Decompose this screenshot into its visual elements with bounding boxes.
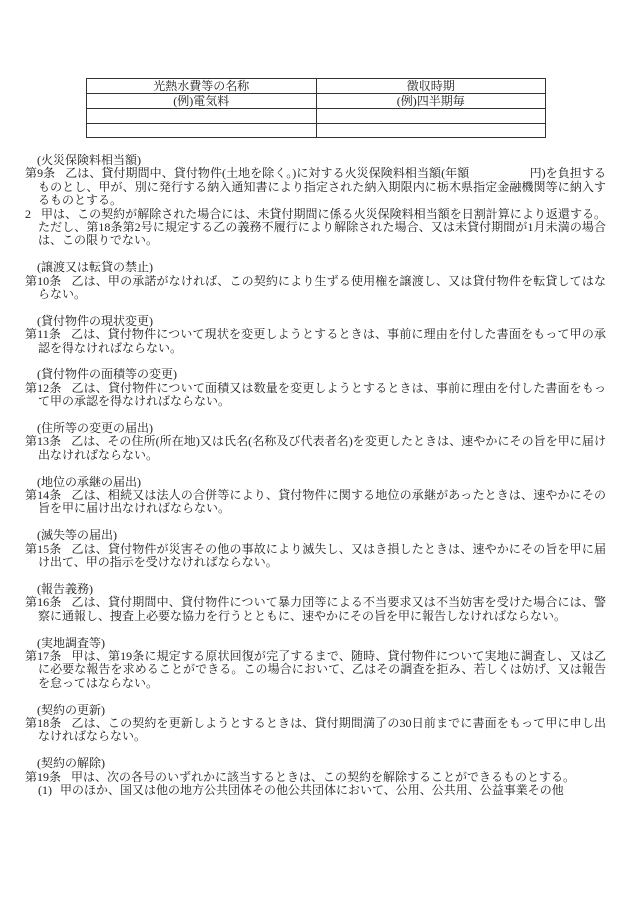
article-heading: (譲渡又は転貸の禁止) — [25, 261, 606, 274]
clause: 第9条乙は、貸付期間中、貸付物件(土地を除く。)に対する火災保険料相当額(年額 … — [25, 167, 606, 207]
clause-label: 第14条 — [25, 488, 61, 502]
clause-label: 第19条 — [25, 770, 61, 784]
clause-label: 第9条 — [25, 166, 55, 180]
article-heading: (契約の解除) — [25, 757, 606, 770]
table-header-row: 光熱水費等の名称 徴収時期 — [87, 79, 546, 94]
clause-label: 第13条 — [25, 434, 61, 448]
clause-label: 第18条 — [25, 716, 61, 730]
clause: 第18条乙は、この契約を更新しようとするときは、貸付期間満了の30日前までに書面… — [25, 717, 606, 744]
contract-body: (火災保険料相当額) 第9条乙は、貸付期間中、貸付物件(土地を除く。)に対する火… — [25, 154, 606, 797]
table-cell — [87, 109, 317, 124]
clause-text: 乙は、貸付物件が災害その他の事故により滅失し、又はき損したときは、速やかにその旨… — [38, 542, 606, 569]
clause-text: 乙は、この契約を更新しようとするときは、貸付期間満了の30日前までに書面をもって… — [38, 716, 606, 743]
article-16: (報告義務) 第16条乙は、貸付期間中、貸付物件について暴力団等による不当要求又… — [25, 583, 606, 623]
clause: 第14条乙は、相続又は法人の合併等により、貸付物件に関する地位の承継があったとき… — [25, 489, 606, 516]
clause: 2甲は、この契約が解除された場合には、未貸付期間に係る火災保険料相当額を日割計算… — [25, 208, 606, 248]
article-11: (貸付物件の現状変更) 第11条乙は、貸付物件について現状を変更しようとするとき… — [25, 315, 606, 355]
clause-label: 第16条 — [25, 595, 61, 609]
table-cell — [87, 123, 317, 138]
document-page: 光熱水費等の名称 徴収時期 (例)電気料 (例)四半期毎 (火災 — [0, 0, 630, 903]
clause-label: 第11条 — [25, 327, 61, 341]
table-header-utility-name: 光熱水費等の名称 — [87, 79, 317, 94]
table-row: (例)電気料 (例)四半期毎 — [87, 94, 546, 109]
clause-label: 第15条 — [25, 542, 61, 556]
article-18: (契約の更新) 第18条乙は、この契約を更新しようとするときは、貸付期間満了の3… — [25, 704, 606, 744]
article-10: (譲渡又は転貸の禁止) 第10条乙は、甲の承諾がなければ、この契約により生ずる使… — [25, 261, 606, 301]
clause-text: 乙は、その住所(所在地)又は氏名(名称及び代表者名)を変更したときは、速やかにそ… — [38, 434, 606, 461]
clause: 第15条乙は、貸付物件が災害その他の事故により滅失し、又はき損したときは、速やか… — [25, 543, 606, 570]
clause-label: 第10条 — [25, 274, 61, 288]
table-cell — [316, 109, 546, 124]
clause-label: 2 — [25, 207, 31, 221]
clause: 第11条乙は、貸付物件について現状を変更しようとするときは、事前に理由を付した書… — [25, 328, 606, 355]
article-heading: (滅失等の届出) — [25, 529, 606, 542]
table-header-collection-period: 徴収時期 — [316, 79, 546, 94]
article-9: (火災保険料相当額) 第9条乙は、貸付期間中、貸付物件(土地を除く。)に対する火… — [25, 154, 606, 248]
article-heading: (契約の更新) — [25, 704, 606, 717]
clause-text: 甲は、第19条に規定する原状回復が完了するまで、随時、貸付物件について実地に調査… — [38, 649, 606, 690]
utility-cost-table: 光熱水費等の名称 徴収時期 (例)電気料 (例)四半期毎 — [86, 78, 546, 138]
clause-text: 甲は、次の各号のいずれかに該当するときは、この契約を解除することができるものとす… — [71, 770, 575, 784]
clause-text: 乙は、貸付期間中、貸付物件について暴力団等による不当要求又は不当妨害を受けた場合… — [38, 595, 606, 622]
utility-cost-table-container: 光熱水費等の名称 徴収時期 (例)電気料 (例)四半期毎 — [86, 78, 546, 138]
article-15: (滅失等の届出) 第15条乙は、貸付物件が災害その他の事故により滅失し、又はき損… — [25, 529, 606, 569]
clause-text: 乙は、甲の承諾がなければ、この契約により生ずる使用権を譲渡し、又は貸付物件を転貸… — [38, 274, 606, 301]
clause-text: 甲は、この契約が解除された場合には、未貸付期間に係る火災保険料相当額を日割計算に… — [38, 207, 606, 248]
clause: 第17条甲は、第19条に規定する原状回復が完了するまで、随時、貸付物件について実… — [25, 650, 606, 690]
article-14: (地位の承継の届出) 第14条乙は、相続又は法人の合併等により、貸付物件に関する… — [25, 476, 606, 516]
clause-text: 乙は、貸付物件について面積又は数量を変更しようとするときは、事前に理由を付した書… — [38, 381, 606, 408]
clause: 第10条乙は、甲の承諾がなければ、この契約により生ずる使用権を譲渡し、又は貸付物… — [25, 275, 606, 302]
clause-text: 乙は、貸付物件について現状を変更しようとするときは、事前に理由を付した書面をもっ… — [38, 327, 606, 354]
article-19: (契約の解除) 第19条甲は、次の各号のいずれかに該当するときは、この契約を解除… — [25, 757, 606, 797]
clause: 第12条乙は、貸付物件について面積又は数量を変更しようとするときは、事前に理由を… — [25, 382, 606, 409]
table-cell — [316, 123, 546, 138]
clause-text: 乙は、貸付期間中、貸付物件(土地を除く。)に対する火災保険料相当額(年額 円)を… — [38, 166, 606, 207]
table-cell: (例)四半期毎 — [316, 94, 546, 109]
clause-text: 乙は、相続又は法人の合併等により、貸付物件に関する地位の承継があったときは、速や… — [38, 488, 606, 515]
clause: 第13条乙は、その住所(所在地)又は氏名(名称及び代表者名)を変更したときは、速… — [25, 435, 606, 462]
clause: 第19条甲は、次の各号のいずれかに該当するときは、この契約を解除することができる… — [25, 771, 606, 784]
article-heading: (貸付物件の面積等の変更) — [25, 368, 606, 381]
item-text: 甲のほか、国又は他の地方公共団体その他公共団体において、公用、公共用、公益事業そ… — [60, 783, 564, 797]
article-13: (住所等の変更の届出) 第13条乙は、その住所(所在地)又は氏名(名称及び代表者… — [25, 422, 606, 462]
item-label: (1) — [38, 783, 52, 797]
article-heading: (実地調査等) — [25, 637, 606, 650]
clause-label: 第17条 — [25, 649, 62, 663]
clause-label: 第12条 — [25, 381, 61, 395]
table-row — [87, 109, 546, 124]
article-17: (実地調査等) 第17条甲は、第19条に規定する原状回復が完了するまで、随時、貸… — [25, 637, 606, 691]
clause: 第16条乙は、貸付期間中、貸付物件について暴力団等による不当要求又は不当妨害を受… — [25, 596, 606, 623]
table-cell: (例)電気料 — [87, 94, 317, 109]
article-12: (貸付物件の面積等の変更) 第12条乙は、貸付物件について面積又は数量を変更しよ… — [25, 368, 606, 408]
list-item: (1)甲のほか、国又は他の地方公共団体その他公共団体において、公用、公共用、公益… — [25, 784, 606, 797]
table-row — [87, 123, 546, 138]
